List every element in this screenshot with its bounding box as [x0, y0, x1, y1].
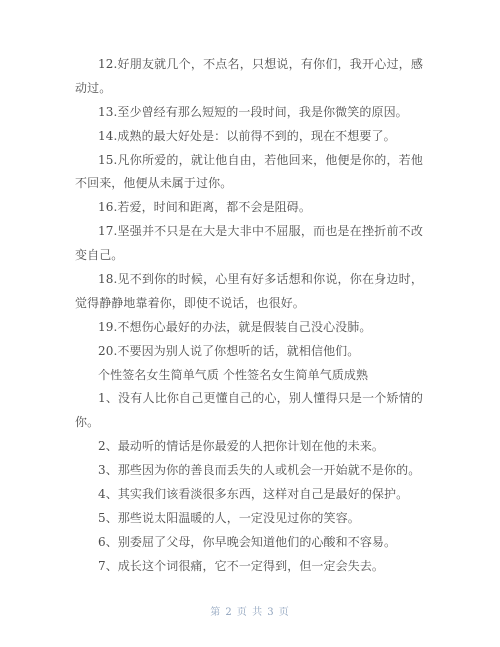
signature-item-5: 5、那些说太阳温暖的人，一定没见过你的笑容。	[75, 507, 423, 531]
quote-item-12: 12.好朋友就几个，不点名，只想说，有你们，我开心过，感 动过。	[75, 53, 423, 101]
text-line: 12.好朋友就几个，不点名，只想说，有你们，我开心过，感	[75, 53, 423, 77]
text-line: 3、那些因为你的善良而丢失的人或机会一开始就不是你的。	[75, 459, 423, 483]
signature-item-1: 1、没有人比你自己更懂自己的心，别人懂得只是一个矫情的 你。	[75, 387, 423, 435]
text-line: 你。	[75, 411, 423, 435]
text-line: 觉得静静地靠着你，即使不说话，也很好。	[75, 292, 423, 316]
text-line: 17.坚强并不只是在大是大非中不屈服，而也是在挫折前不改	[75, 220, 423, 244]
signature-item-7: 7、成长这个词很痛，它不一定得到，但一定会失去。	[75, 555, 423, 579]
document-body: 12.好朋友就几个，不点名，只想说，有你们，我开心过，感 动过。 13.至少曾经…	[75, 53, 423, 579]
text-line: 5、那些说太阳温暖的人，一定没见过你的笑容。	[75, 507, 423, 531]
signature-item-2: 2、最动听的情话是你最爱的人把你计划在他的未来。	[75, 435, 423, 459]
text-line: 4、其实我们该看淡很多东西，这样对自己是最好的保护。	[75, 483, 423, 507]
text-line: 15.凡你所爱的，就让他自由，若他回来，他便是你的，若他	[75, 149, 423, 173]
text-line: 1、没有人比你自己更懂自己的心，别人懂得只是一个矫情的	[75, 387, 423, 411]
quote-item-17: 17.坚强并不只是在大是大非中不屈服，而也是在挫折前不改 变自己。	[75, 220, 423, 268]
text-line: 不回来，他便从未属于过你。	[75, 172, 423, 196]
text-line: 动过。	[75, 77, 423, 101]
text-line: 18.见不到你的时候，心里有好多话想和你说，你在身边时，	[75, 268, 423, 292]
text-line: 2、最动听的情话是你最爱的人把你计划在他的未来。	[75, 435, 423, 459]
signature-item-6: 6、别委屈了父母，你早晚会知道他们的心酸和不容易。	[75, 531, 423, 555]
quote-item-13: 13.至少曾经有那么短短的一段时间，我是你微笑的原因。	[75, 101, 423, 125]
section-heading-text: 个性签名女生简单气质 个性签名女生简单气质成熟	[75, 364, 423, 388]
quote-item-18: 18.见不到你的时候，心里有好多话想和你说，你在身边时， 觉得静静地靠着你，即使…	[75, 268, 423, 316]
quote-item-16: 16.若爱，时间和距离，都不会是阻碍。	[75, 196, 423, 220]
text-line: 19.不想伤心最好的办法，就是假装自己没心没肺。	[75, 316, 423, 340]
text-line: 6、别委屈了父母，你早晚会知道他们的心酸和不容易。	[75, 531, 423, 555]
text-line: 20.不要因为别人说了你想听的话，就相信他们。	[75, 340, 423, 364]
text-line: 13.至少曾经有那么短短的一段时间，我是你微笑的原因。	[75, 101, 423, 125]
text-line: 变自己。	[75, 244, 423, 268]
quote-item-19: 19.不想伤心最好的办法，就是假装自己没心没肺。	[75, 316, 423, 340]
quote-item-14: 14.成熟的最大好处是：以前得不到的，现在不想要了。	[75, 125, 423, 149]
quote-item-20: 20.不要因为别人说了你想听的话，就相信他们。	[75, 340, 423, 364]
page-indicator: 第 2 页 共 3 页	[0, 603, 500, 618]
quote-item-15: 15.凡你所爱的，就让他自由，若他回来，他便是你的，若他 不回来，他便从未属于过…	[75, 149, 423, 197]
text-line: 14.成熟的最大好处是：以前得不到的，现在不想要了。	[75, 125, 423, 149]
document-page: 12.好朋友就几个，不点名，只想说，有你们，我开心过，感 动过。 13.至少曾经…	[0, 0, 500, 647]
signature-item-4: 4、其实我们该看淡很多东西，这样对自己是最好的保护。	[75, 483, 423, 507]
text-line: 7、成长这个词很痛，它不一定得到，但一定会失去。	[75, 555, 423, 579]
text-line: 16.若爱，时间和距离，都不会是阻碍。	[75, 196, 423, 220]
signature-item-3: 3、那些因为你的善良而丢失的人或机会一开始就不是你的。	[75, 459, 423, 483]
section-heading: 个性签名女生简单气质 个性签名女生简单气质成熟	[75, 364, 423, 388]
